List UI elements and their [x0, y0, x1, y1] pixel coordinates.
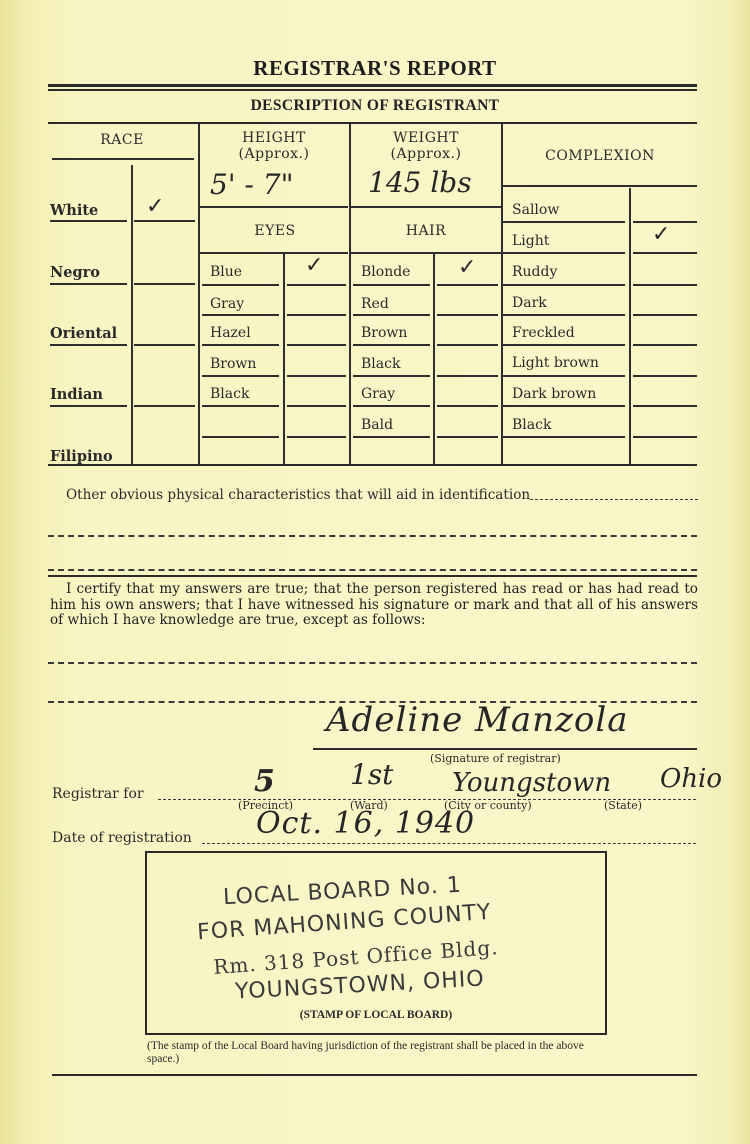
col-divider: [131, 165, 133, 464]
col-divider: [198, 124, 200, 464]
weight-value[interactable]: 145 lbs: [368, 166, 472, 199]
rule: [50, 405, 127, 407]
signature-caption: (Signature of registrar): [430, 752, 561, 765]
eyes-label-brown: Brown: [210, 356, 256, 372]
certification-text: I certify that my answers are true; that…: [50, 582, 698, 629]
rule: [351, 252, 501, 254]
height-header-sub: (Approx.): [200, 146, 348, 162]
hair-label-red: Red: [361, 296, 389, 312]
stamp-caption: (STAMP OF LOCAL BOARD): [147, 1009, 605, 1021]
other-characteristics-field[interactable]: Other obvious physical characteristics t…: [66, 487, 698, 503]
hair-check-blonde[interactable]: ✓: [458, 255, 476, 280]
col-divider: [629, 188, 631, 464]
complexion-label-freckled: Freckled: [512, 325, 575, 341]
race-label-filipino: Filipino: [50, 448, 113, 465]
weight-header: WEIGHT (Approx.): [351, 130, 501, 162]
weight-header-label: WEIGHT: [351, 130, 501, 146]
local-board-stamp-box: LOCAL BOARD No. 1 FOR MAHONING COUNTY Rm…: [145, 851, 607, 1035]
rule: [503, 185, 697, 187]
rule: [50, 220, 127, 222]
rule: [52, 158, 194, 160]
col-divider: [433, 254, 435, 464]
rule: [633, 221, 697, 223]
eyes-label-gray: Gray: [210, 296, 244, 312]
rule: [134, 283, 195, 285]
rule: [200, 206, 348, 208]
complexion-label-light-brown: Light brown: [512, 355, 599, 371]
exceptions-line-1[interactable]: [48, 662, 697, 664]
rule: [633, 252, 697, 254]
race-check-white[interactable]: ✓: [146, 194, 164, 219]
race-header: RACE: [48, 132, 196, 148]
other-characteristics-label: Other obvious physical characteristics t…: [66, 487, 530, 503]
eyes-label-blue: Blue: [210, 264, 242, 280]
state-value[interactable]: Ohio: [660, 764, 722, 794]
bottom-rule: [52, 1074, 697, 1076]
rule: [503, 221, 625, 223]
other-characteristics-line: [530, 499, 698, 500]
complexion-label-sallow: Sallow: [512, 202, 559, 218]
eyes-header: EYES: [200, 223, 350, 239]
rule: [200, 252, 348, 254]
complexion-label-ruddy: Ruddy: [512, 264, 557, 280]
registrar-signature[interactable]: Adeline Manzola: [326, 700, 629, 740]
precinct-value[interactable]: 5: [254, 764, 275, 799]
rule: [351, 206, 501, 208]
ward-value[interactable]: 1st: [350, 758, 393, 791]
race-label-indian: Indian: [50, 386, 103, 403]
hair-label-blonde: Blonde: [361, 264, 410, 280]
col-divider: [349, 124, 351, 464]
eyes-check-blue[interactable]: ✓: [305, 253, 323, 278]
race-label-oriental: Oriental: [50, 325, 117, 342]
registrar-for-label: Registrar for: [52, 786, 144, 802]
height-value[interactable]: 5' - 7": [210, 168, 293, 201]
complexion-check-light[interactable]: ✓: [652, 222, 670, 247]
complexion-label-light: Light: [512, 233, 549, 249]
eyes-label-black: Black: [210, 386, 249, 402]
rule: [134, 405, 195, 407]
table-bottom-rule: [48, 464, 697, 466]
height-header-label: HEIGHT: [200, 130, 348, 146]
hair-label-bald: Bald: [361, 417, 393, 433]
date-of-registration-line: [202, 843, 696, 844]
other-characteristics-line-3[interactable]: [48, 569, 697, 571]
complexion-label-dark-brown: Dark brown: [512, 386, 596, 402]
description-table: RACE HEIGHT (Approx.) WEIGHT (Approx.) C…: [0, 0, 750, 470]
section-rule: [48, 575, 697, 577]
hair-label-brown: Brown: [361, 325, 407, 341]
other-characteristics-line-2[interactable]: [48, 535, 697, 537]
race-label-negro: Negro: [50, 264, 100, 281]
hair-header: HAIR: [351, 223, 501, 239]
state-caption: (State): [604, 799, 642, 812]
complexion-label-black: Black: [512, 417, 551, 433]
complexion-header: COMPLEXION: [503, 148, 697, 164]
rule: [134, 220, 195, 222]
weight-header-sub: (Approx.): [351, 146, 501, 162]
hair-label-gray: Gray: [361, 386, 395, 402]
col-divider: [283, 254, 285, 464]
date-of-registration-value[interactable]: Oct. 16, 1940: [256, 806, 475, 841]
signature-line: [313, 748, 697, 750]
rule: [503, 252, 625, 254]
col-divider: [501, 124, 503, 464]
date-of-registration-label: Date of registration: [52, 830, 192, 846]
city-value[interactable]: Youngstown: [452, 768, 611, 798]
rule: [134, 344, 195, 346]
rule: [50, 283, 127, 285]
eyes-label-hazel: Hazel: [210, 325, 251, 341]
rule: [50, 344, 127, 346]
race-label-white: White: [50, 202, 98, 219]
height-header: HEIGHT (Approx.): [200, 130, 348, 162]
hair-label-black: Black: [361, 356, 400, 372]
complexion-label-dark: Dark: [512, 295, 547, 311]
stamp-note: (The stamp of the Local Board having jur…: [147, 1040, 607, 1066]
